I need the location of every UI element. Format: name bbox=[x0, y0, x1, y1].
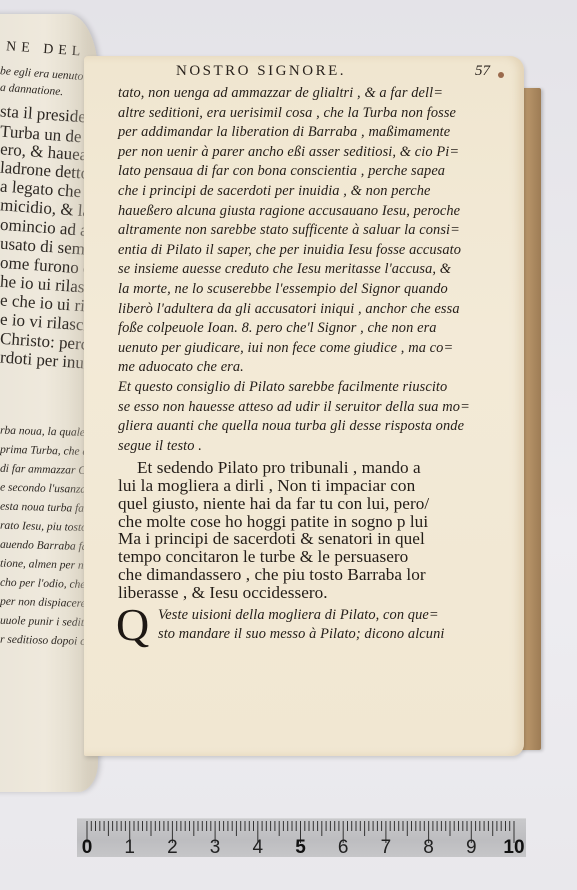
text-line: sto mandare il suo messo à Pilato; dicon… bbox=[118, 625, 518, 645]
ruler-label: 5 bbox=[295, 837, 306, 859]
text-line: se insieme auesse creduto che Iesu merit… bbox=[118, 260, 518, 280]
text-line: lui la mogliera a dirli , Non ti impacia… bbox=[118, 477, 518, 495]
right-page-text: tato, non uenga ad ammazzar de glialtri … bbox=[118, 84, 518, 645]
running-head-title: NOSTRO SIGNORE. bbox=[176, 63, 346, 79]
ruler-label: 4 bbox=[253, 837, 264, 859]
text-line: per addimandar la liberation di Barraba … bbox=[118, 123, 518, 143]
ruler-label: 1 bbox=[124, 837, 135, 859]
text-line: Et sedendo Pilato pro tribunali , mando … bbox=[118, 459, 518, 477]
text-line: se esso non hauesse atteso ad udir il se… bbox=[118, 398, 518, 418]
text-line: che i principi de sacerdoti per inuidia … bbox=[118, 182, 518, 202]
text-line: liberò l'adultera da gli accusatori iniq… bbox=[118, 300, 518, 320]
text-line: me aduocato che era. bbox=[118, 358, 518, 378]
drop-cap-letter: Q bbox=[116, 602, 149, 648]
text-line: segue il testo . bbox=[118, 437, 518, 457]
commentary-paragraph-1: tato, non uenga ad ammazzar de glialtri … bbox=[118, 84, 518, 456]
scale-ruler: 012345678910 bbox=[77, 818, 526, 857]
text-line: foße colpeuole Ioan. 8. pero che'l Signo… bbox=[118, 319, 518, 339]
commentary-lines: Veste uisioni della mogliera di Pilato, … bbox=[118, 606, 518, 645]
text-line: Et questo consiglio di Pilato sarebbe fa… bbox=[118, 378, 518, 398]
text-line: altre seditioni, era uerisimil cosa , ch… bbox=[118, 104, 518, 124]
text-line: che molte cose ho hoggi patite in sogno … bbox=[118, 513, 518, 531]
text-line: tempo concitaron le turbe & le persuaser… bbox=[118, 548, 518, 566]
text-line: uenuto per giudicare, iui non fece come … bbox=[118, 339, 518, 359]
text-line: quel giusto, niente hai da far tu con lu… bbox=[118, 495, 518, 513]
text-line: lato pensaua di far con bona conscientia… bbox=[118, 162, 518, 182]
text-line: liberasse , & Iesu occidessero. bbox=[118, 584, 518, 602]
text-line: la morte, ne lo scuserebbe l'essempio de… bbox=[118, 280, 518, 300]
ruler-label: 9 bbox=[466, 837, 477, 859]
scripture-passage: Et sedendo Pilato pro tribunali , mando … bbox=[118, 459, 518, 601]
running-head: NOSTRO SIGNORE. 57 bbox=[176, 63, 490, 80]
ruler-label: 7 bbox=[381, 837, 392, 859]
ruler-label: 3 bbox=[210, 837, 221, 859]
foxing-spot bbox=[498, 72, 504, 78]
ruler-label: 10 bbox=[503, 837, 524, 859]
text-line: Veste uisioni della mogliera di Pilato, … bbox=[118, 606, 518, 626]
right-page: NOSTRO SIGNORE. 57 tato, non uenga ad am… bbox=[84, 56, 524, 756]
text-line: per non uenir à parer ancho eßi asser se… bbox=[118, 143, 518, 163]
text-line: tato, non uenga ad ammazzar de glialtri … bbox=[118, 84, 518, 104]
text-line: che dimandassero , che piu tosto Barraba… bbox=[118, 566, 518, 584]
text-line: altramente non sarebbe stato sufficente … bbox=[118, 221, 518, 241]
text-line: Ma i principi de sacerdoti & senatori in… bbox=[118, 530, 518, 548]
text-line: entia di Pilato il saper, che per inuidi… bbox=[118, 241, 518, 261]
text-line: haueßero alcuna giusta ragione accusauan… bbox=[118, 202, 518, 222]
commentary-paragraph-2: Q Veste uisioni della mogliera di Pilato… bbox=[118, 606, 518, 645]
ruler-label: 6 bbox=[338, 837, 349, 859]
ruler-label: 8 bbox=[423, 837, 434, 859]
page-number: 57 bbox=[475, 63, 490, 80]
text-line: gliera auanti che quella noua turba gli … bbox=[118, 417, 518, 437]
ruler-label: 0 bbox=[82, 837, 93, 859]
left-page-line: a dannatione. bbox=[0, 82, 64, 98]
ruler-label: 2 bbox=[167, 837, 178, 859]
